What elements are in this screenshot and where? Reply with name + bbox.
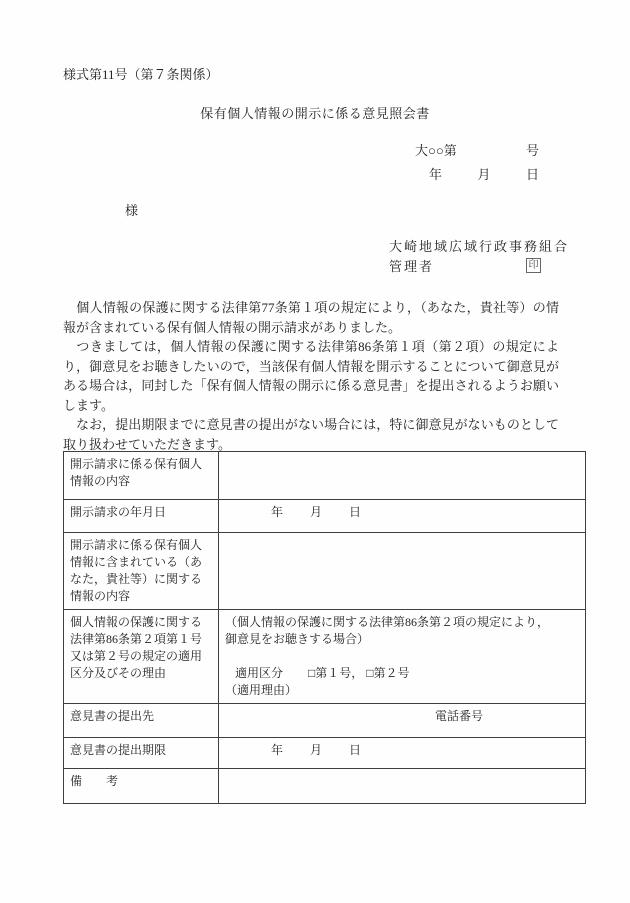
row-label-cell: 開示請求に係る保有個人情報に含まれている（あなた，貴社等）に関する情報の内容 (64, 533, 219, 610)
fill-in-cell-disclosed-info[interactable] (219, 452, 586, 500)
apply-category-line: 適用区分 □第１号， □第２号 (225, 665, 579, 682)
row-label-cell: 意見書の提出期限 (64, 738, 219, 769)
fill-in-cell-submission-destination[interactable]: 電話番号 (219, 704, 586, 738)
sender-title-line: 管理者 印 (389, 256, 541, 275)
date-placeholder: 年 月 日 (225, 742, 362, 759)
table-row-submission-deadline: 意見書の提出期限 年 月 日 (64, 738, 586, 769)
table-row-application-category: 個人情報の保護に関する法律第86条第２項第１号又は第２号の規定の適用区分及びその… (64, 610, 586, 704)
phone-number-label: 電話番号 (435, 709, 483, 723)
document-number-prefix: 大○○第 (415, 140, 457, 159)
checkbox-option-no1-label: 第１号， (315, 666, 363, 680)
apply-reason-label: （適用理由） (225, 682, 579, 699)
fill-in-cell-request-date[interactable]: 年 月 日 (219, 500, 586, 533)
checkbox-option-no1[interactable]: □第１号， (308, 666, 363, 680)
table-row-remarks: 備 考 (64, 769, 586, 804)
body-text: 個人情報の保護に関する法律第77条第１項の規定により，（あなた，貴社等）の情報が… (63, 298, 559, 454)
document-title: 保有個人情報の開示に係る意見照会書 (0, 103, 630, 122)
table-row-included-info: 開示請求に係る保有個人情報に含まれている（あなた，貴社等）に関する情報の内容 (64, 533, 586, 610)
conditional-note: （個人情報の保護に関する法律第86条第２項の規定により， 御意見をお聴きする場合… (225, 614, 579, 648)
document-date-line: 年 月 日 (429, 164, 539, 183)
document-number-suffix: 号 (526, 140, 539, 159)
table-row-request-date: 開示請求の年月日 年 月 日 (64, 500, 586, 533)
document-page: 様式第11号（第７条関係） 保有個人情報の開示に係る意見照会書 大○○第 号 年… (0, 0, 630, 903)
body-paragraph-2: つきましては，個人情報の保護に関する法律第86条第１項（第２項）の規定により，御… (63, 337, 559, 415)
fill-in-cell-included-info[interactable] (219, 533, 586, 610)
date-day-label: 日 (526, 164, 539, 183)
row-label-cell: 開示請求に係る保有個人情報の内容 (64, 452, 219, 500)
row-label-cell: 備 考 (64, 769, 219, 804)
fill-in-cell-submission-deadline[interactable]: 年 月 日 (219, 738, 586, 769)
date-month-label: 月 (477, 164, 490, 183)
row-label-cell: 意見書の提出先 (64, 704, 219, 738)
fill-in-cell-remarks[interactable] (219, 769, 586, 804)
fill-in-cell-application-category[interactable]: （個人情報の保護に関する法律第86条第２項の規定により， 御意見をお聴きする場合… (219, 610, 586, 704)
date-year-label: 年 (429, 164, 442, 183)
inquiry-table: 開示請求に係る保有個人情報の内容 開示請求の年月日 年 月 日 開示請求に係る保… (63, 451, 586, 804)
apply-category-label: 適用区分 (235, 666, 283, 680)
body-paragraph-3: なお，提出期限までに意見書の提出がない場合には，特に御意見がないものとして取り扱… (63, 415, 559, 454)
form-number: 様式第11号（第７条関係） (63, 64, 219, 83)
seal-mark: 印 (526, 258, 541, 273)
checkbox-option-no2[interactable]: □第２号 (366, 666, 409, 680)
checkbox-icon: □ (366, 666, 373, 680)
date-placeholder: 年 月 日 (225, 504, 362, 521)
sender-organization: 大崎地域広域行政事務組合 (389, 236, 569, 255)
row-label-cell: 開示請求の年月日 (64, 500, 219, 533)
checkbox-option-no2-label: 第２号 (374, 666, 410, 680)
table-row-disclosed-info: 開示請求に係る保有個人情報の内容 (64, 452, 586, 500)
document-number-line: 大○○第 号 (415, 140, 539, 159)
row-label-cell: 個人情報の保護に関する法律第86条第２項第１号又は第２号の規定の適用区分及びその… (64, 610, 219, 704)
addressee-honorific: 様 (125, 200, 138, 219)
table-row-submission-destination: 意見書の提出先 電話番号 (64, 704, 586, 738)
body-paragraph-1: 個人情報の保護に関する法律第77条第１項の規定により，（あなた，貴社等）の情報が… (63, 298, 559, 337)
sender-title: 管理者 (389, 256, 434, 275)
